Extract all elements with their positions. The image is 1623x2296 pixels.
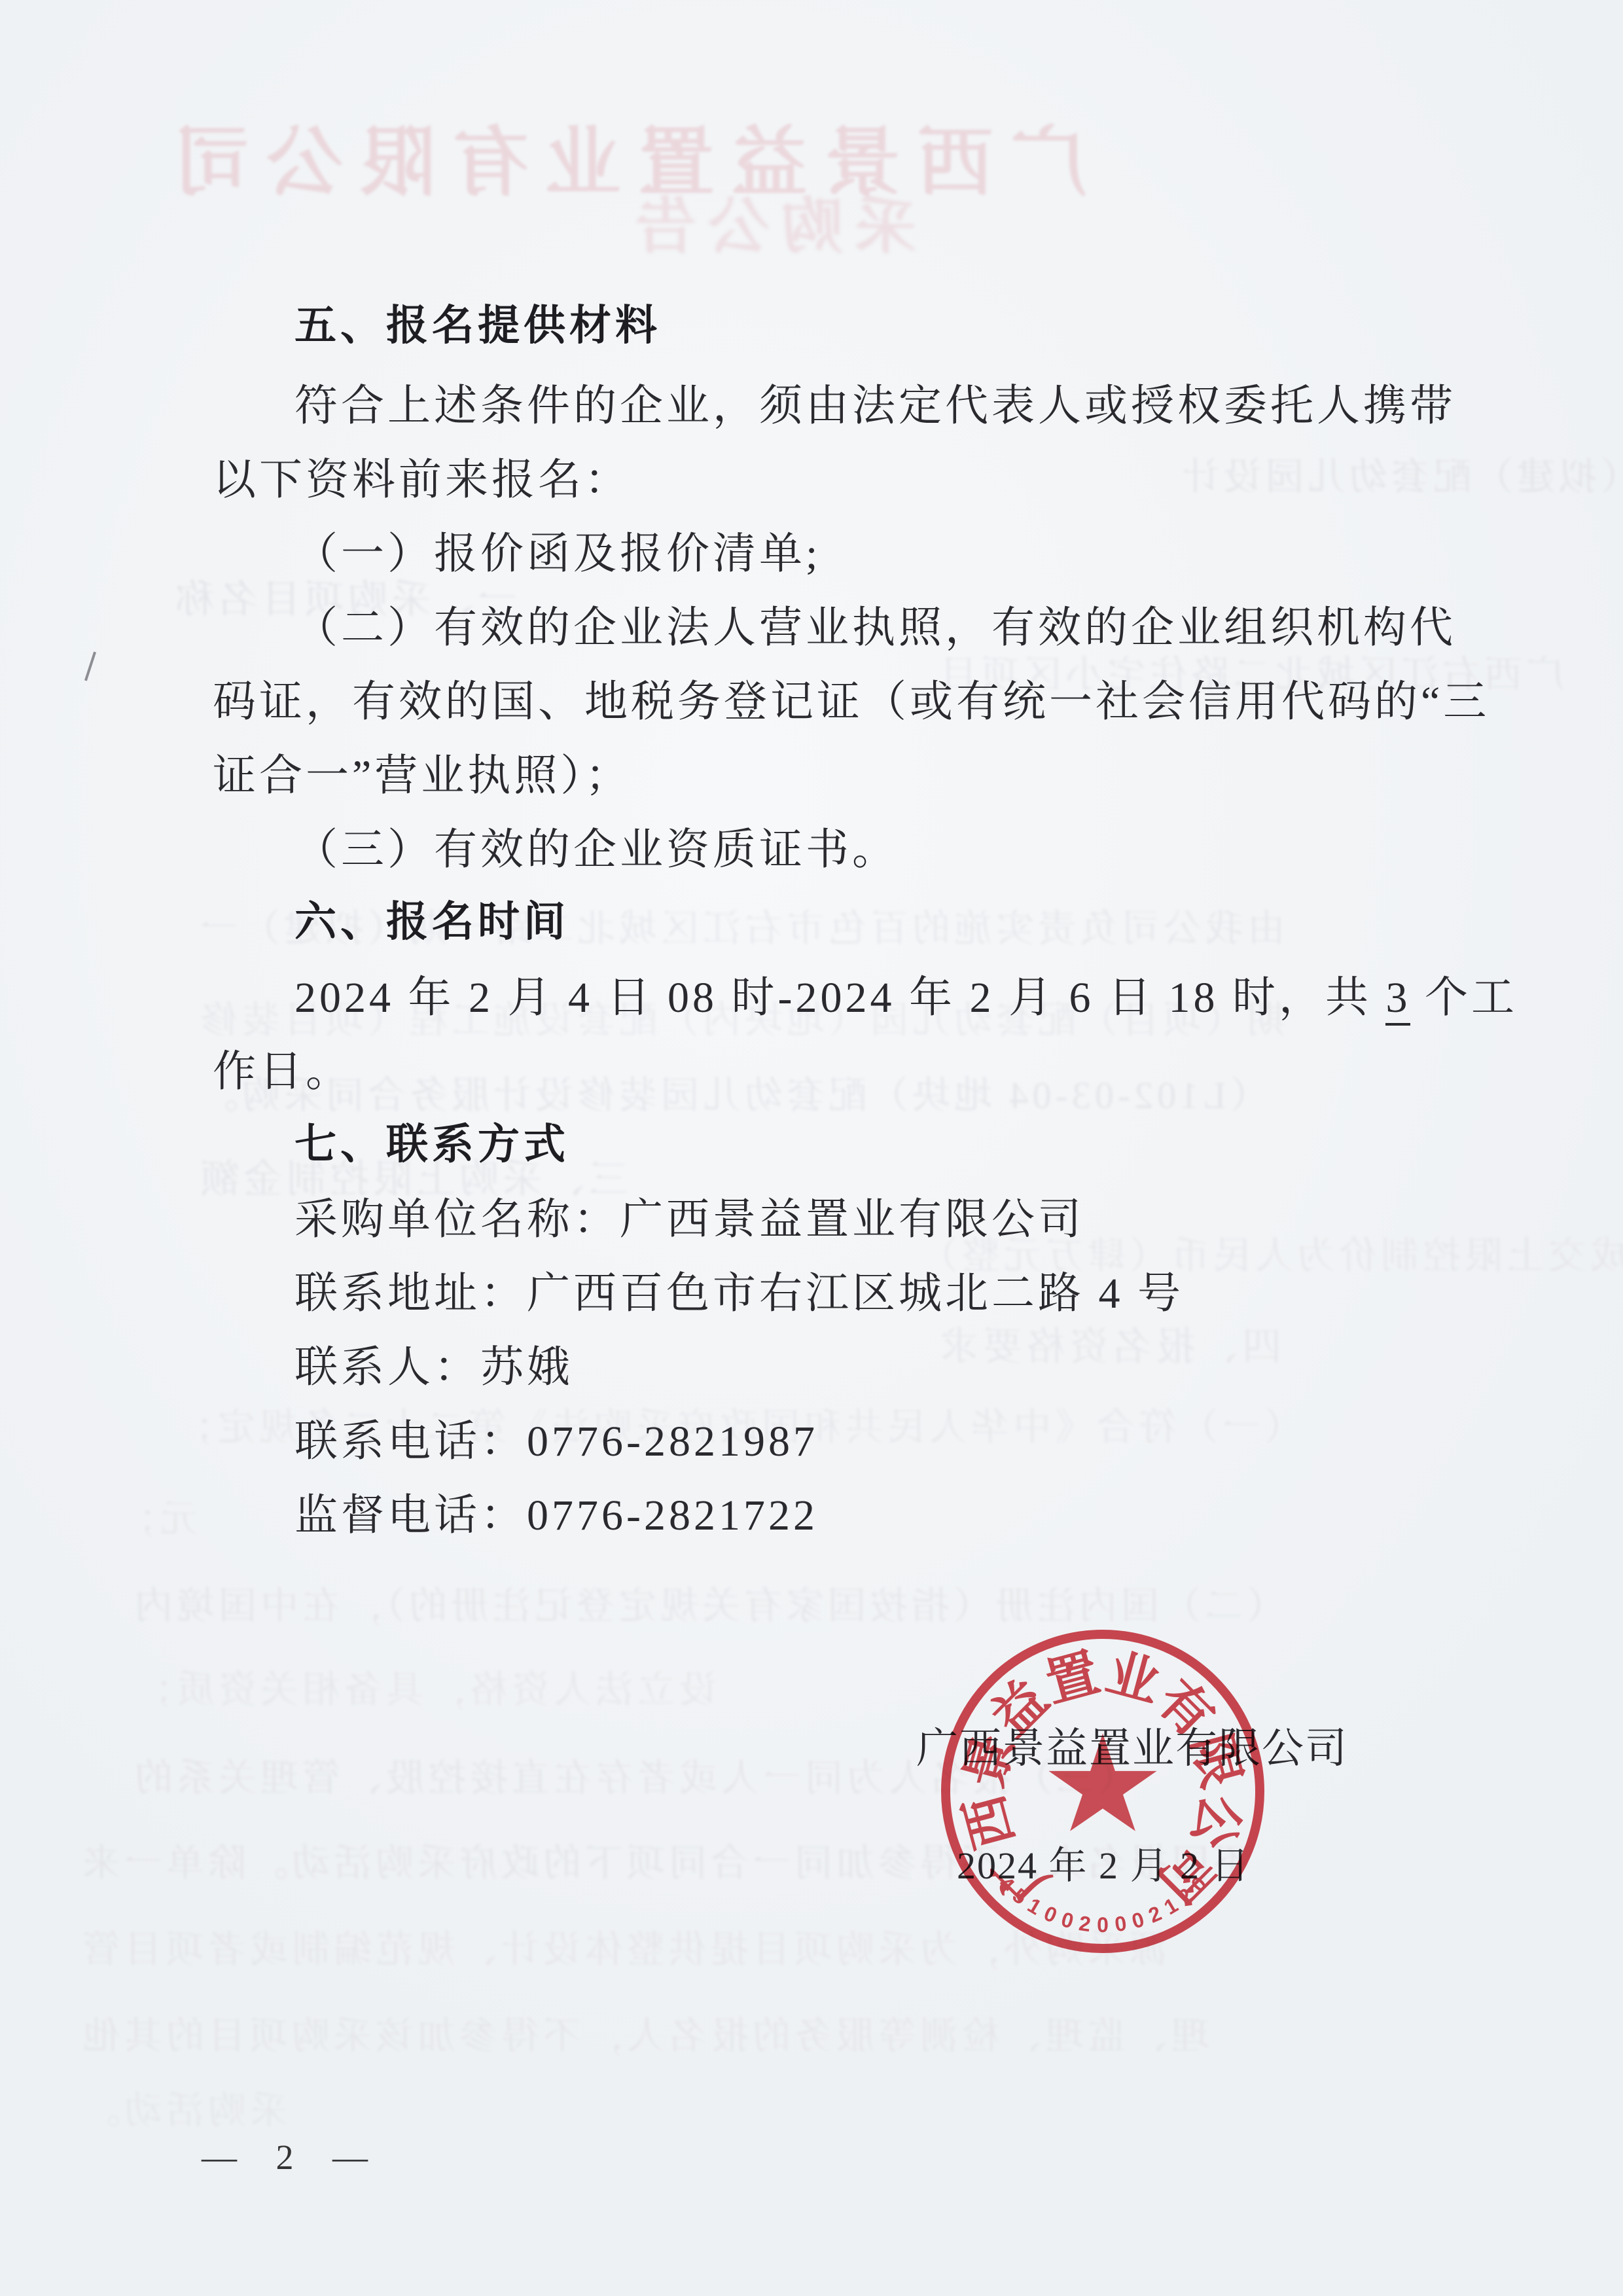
contact-phone: 联系电话：0776-2821987: [294, 1420, 818, 1463]
contact-unit-name: 采购单位名称：广西景益置业有限公司: [294, 1198, 1084, 1242]
section6-heading: 六、报名时间: [294, 901, 569, 942]
time-text-before: 2024 年 2 月 4 日 08 时-2024 年 2 月 6 日 18 时，…: [294, 974, 1385, 1022]
bleedthrough-line: （二）国内注册（指按国家有关规定登记注册的），在中国境内: [131, 1587, 1285, 1625]
page-number: — 2 —: [202, 2137, 374, 2178]
material-item2-line2: 码证，有效的国、地税务登记证（或有统一社会信用代码的“三: [213, 681, 1489, 724]
registration-time-line2: 作日。: [213, 1050, 352, 1094]
supervision-phone: 监督电话：0776-2821722: [294, 1494, 818, 1537]
material-item2-line1: （二）有效的企业法人营业执照，有效的企业组织机构代: [294, 607, 1456, 650]
material-item1: （一）报价函及报价清单;: [294, 533, 821, 576]
bleedthrough-line: 理、监理、检测等服务的报名人，不得参加该采购项目的其他: [79, 2017, 1209, 2055]
bleedthrough-line: 期（拟建）配套幼儿园设计: [1178, 458, 1623, 496]
bleedthrough-title: 广西景益置业有限公司: [157, 126, 1086, 202]
contact-person: 联系人：苏娥: [294, 1346, 573, 1390]
scanned-document-page: 广西景益置业有限公司 采购公告 期（拟建）配套幼儿园设计 一、采购项目名称 广西…: [0, 0, 1623, 2296]
company-seal: 广 西 景 益 置 业 有 限 公 司 4 5 1 0 0 2 0 0 0 2 …: [941, 1630, 1264, 1953]
stray-pen-mark: [84, 652, 96, 681]
contact-address: 联系地址：广西百色市右江区城北二路 4 号: [294, 1272, 1184, 1316]
section5-heading: 五、报名提供材料: [294, 304, 661, 346]
bleedthrough-line: 设立法人资格，具备相关资质；: [131, 1671, 717, 1709]
bleedthrough-line: 元；: [115, 1500, 198, 1538]
seal-serial-char: 0: [1097, 1914, 1109, 1935]
registration-time-line1: 2024 年 2 月 4 日 08 时-2024 年 2 月 6 日 18 时，…: [294, 977, 1518, 1020]
time-days-underlined: 3: [1385, 974, 1410, 1026]
time-text-after: 个工: [1410, 974, 1518, 1022]
section7-heading: 七、联系方式: [294, 1123, 569, 1165]
bleedthrough-line: 采购活动。: [79, 2092, 288, 2130]
intro-paragraph-line2: 以下资料前来报名：: [213, 459, 631, 502]
bleedthrough-line: 四、报名资格要求: [936, 1327, 1281, 1367]
bleedthrough-subtitle: 采购公告: [623, 196, 916, 258]
material-item3: （三）有效的企业资质证书。: [294, 829, 899, 872]
bleedthrough-line: （L102-03-04 地块）配套幼儿园装修设计服务合同采购。: [196, 1077, 1268, 1115]
material-item2-line3: 证合一”营业执照）；: [213, 755, 632, 798]
intro-paragraph-line1: 符合上述条件的企业，须由法定代表人或授权委托人携带: [294, 385, 1456, 428]
